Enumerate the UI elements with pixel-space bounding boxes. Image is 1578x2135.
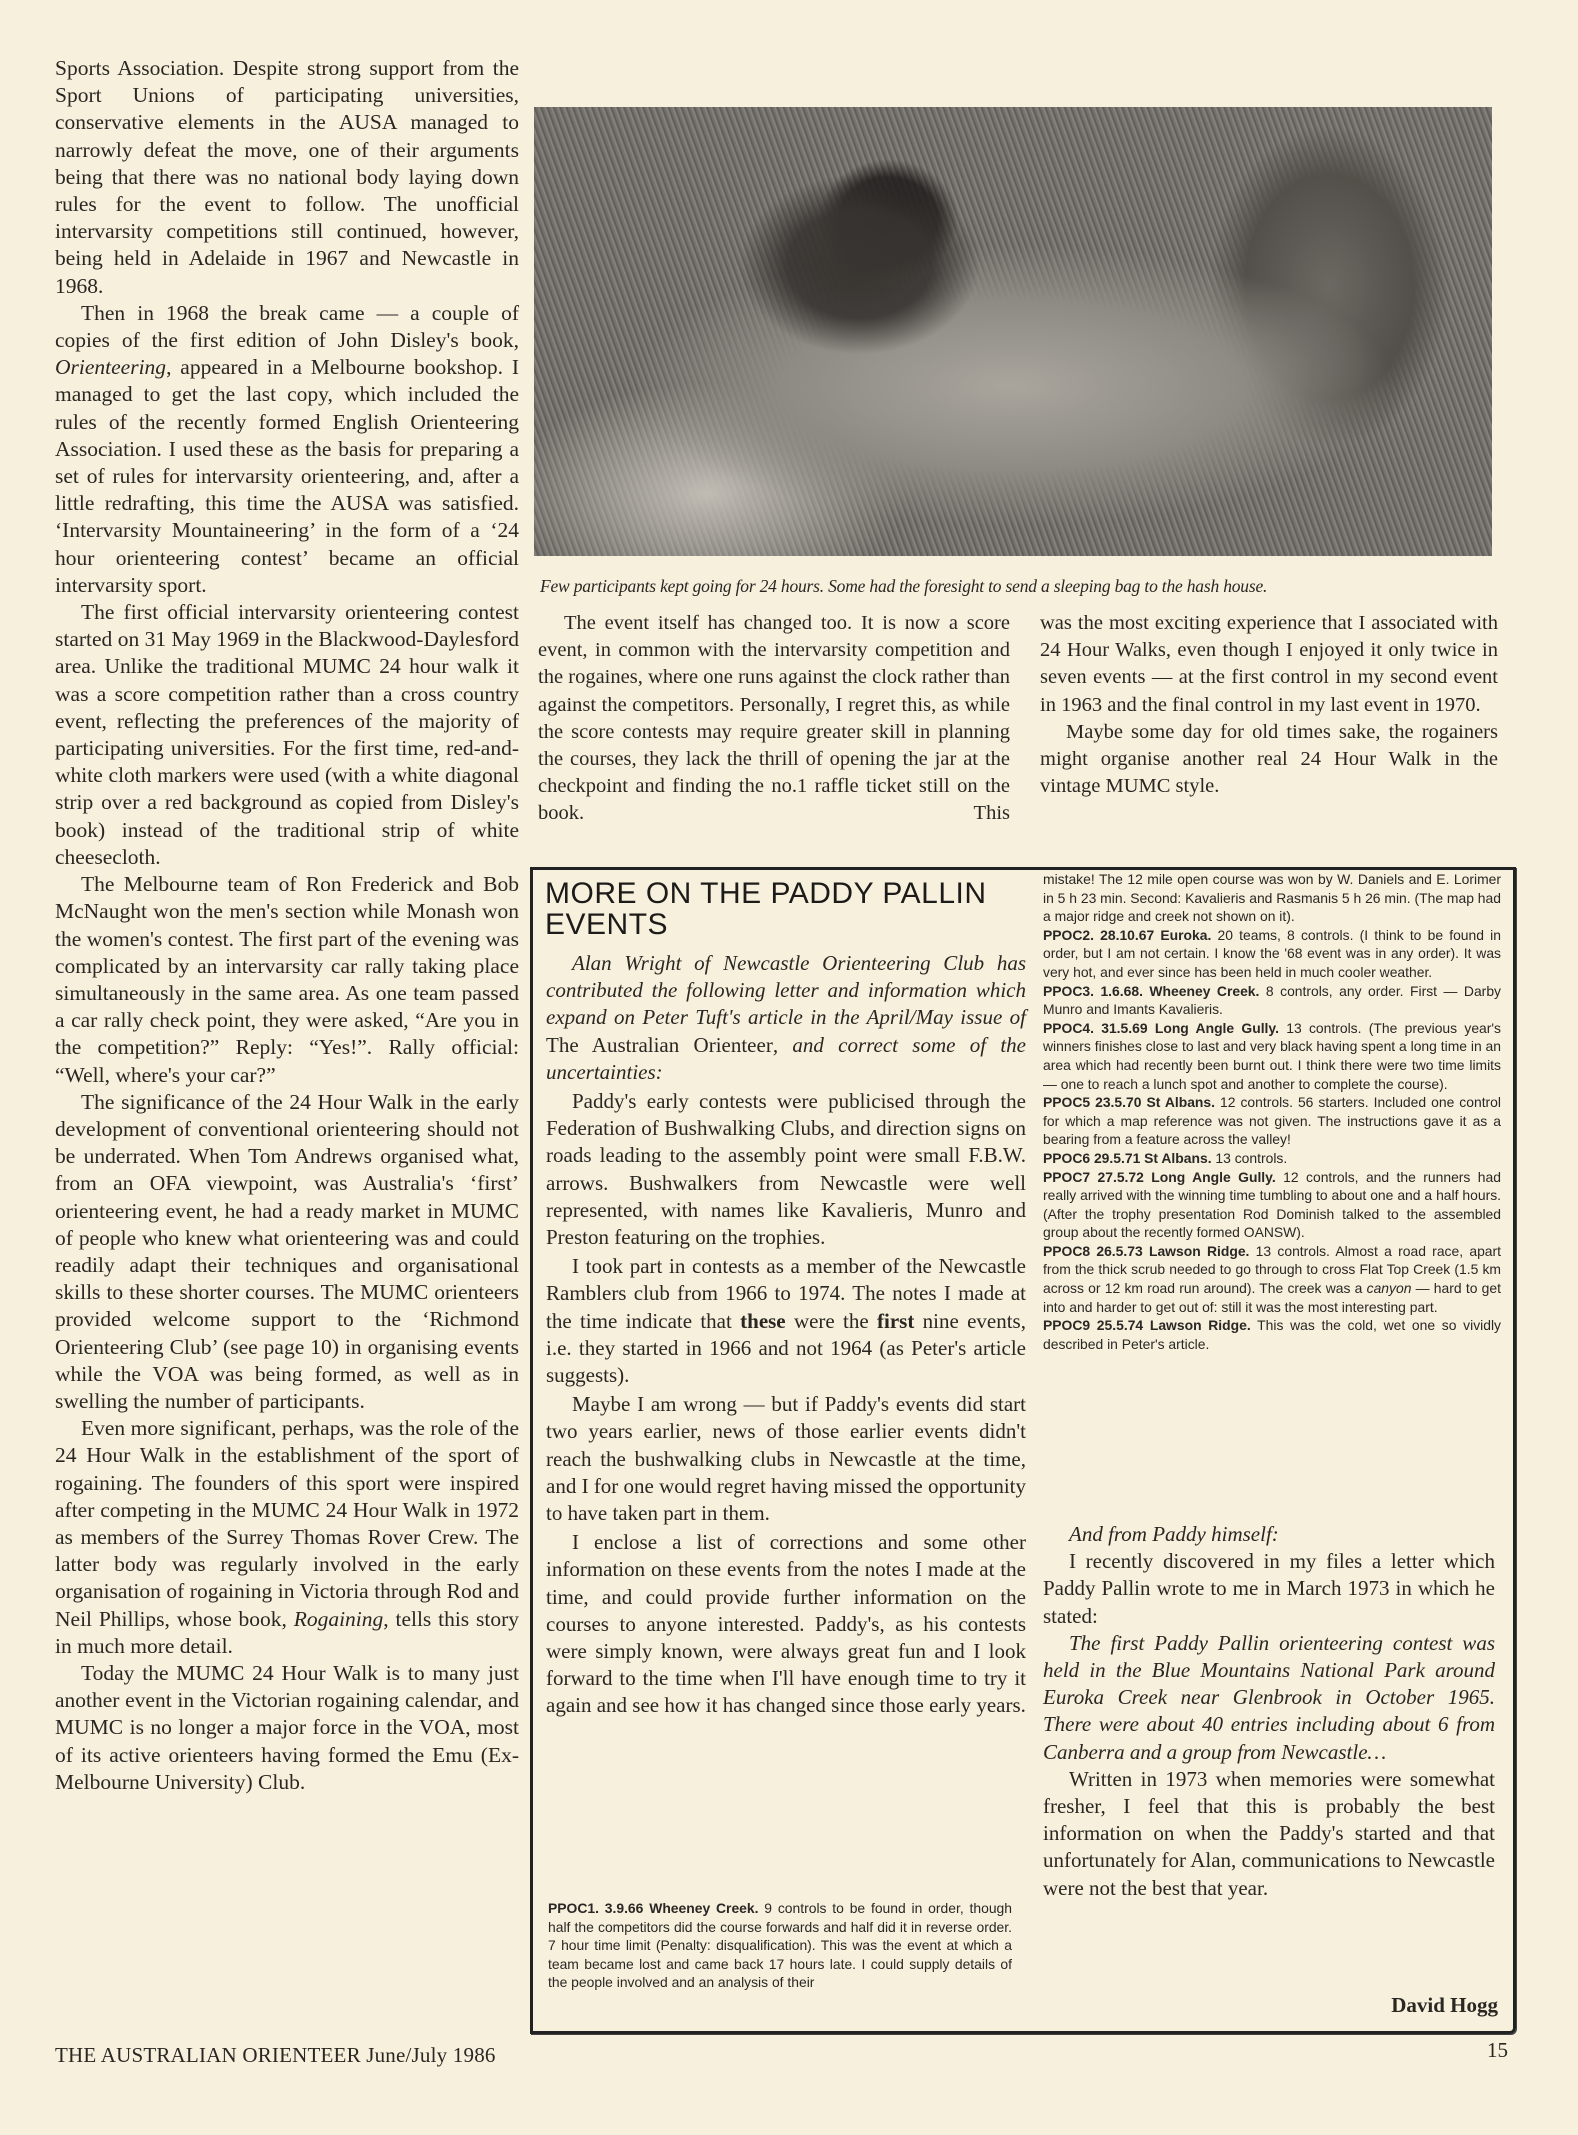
event-label: PPOC1. 3.9.66 Wheeney Creek. — [548, 1900, 758, 1916]
event-notes-part2: mistake! The 12 mile open course was won… — [1043, 870, 1501, 1353]
paragraph: The first official intervarsity orientee… — [55, 599, 519, 871]
text-run: were the — [786, 1309, 877, 1333]
box-paddy-column: And from Paddy himself: I recently disco… — [1043, 1521, 1495, 1902]
subheading: And from Paddy himself: — [1043, 1521, 1495, 1548]
event-note-ppoc5: PPOC5 23.5.70 St Albans. 12 controls. 56… — [1043, 1093, 1501, 1149]
paragraph: was the most exciting experience that I … — [1040, 610, 1498, 719]
event-note-ppoc9: PPOC9 25.5.74 Lawson Ridge. This was the… — [1043, 1316, 1501, 1353]
event-label: PPOC4. 31.5.69 Long Angle Gully. — [1043, 1020, 1279, 1036]
page-number: 15 — [1487, 2038, 1508, 2063]
event-note-ppoc7: PPOC7 27.5.72 Long Angle Gully. 12 contr… — [1043, 1168, 1501, 1242]
paragraph: Maybe I am wrong — but if Paddy's events… — [546, 1391, 1026, 1527]
paragraph: I recently discovered in my files a lett… — [1043, 1548, 1495, 1630]
event-label: PPOC5 23.5.70 St Albans. — [1043, 1094, 1215, 1110]
paragraph: Even more significant, perhaps, was the … — [55, 1415, 519, 1660]
book-title: Rogaining — [294, 1607, 384, 1631]
event-label: PPOC3. 1.6.68. Wheeney Creek. — [1043, 983, 1259, 999]
paragraph: I took part in contests as a member of t… — [546, 1253, 1026, 1389]
photo-caption: Few participants kept going for 24 hours… — [540, 576, 1540, 597]
quoted-letter: The first Paddy Pallin orienteering cont… — [1043, 1630, 1495, 1766]
paragraph: The event itself has changed too. It is … — [538, 610, 1010, 828]
paragraph: The significance of the 24 Hour Walk in … — [55, 1089, 519, 1415]
article-middle-column: The event itself has changed too. It is … — [538, 610, 1010, 828]
event-label: PPOC6 29.5.71 St Albans. — [1043, 1150, 1212, 1166]
box-title: MORE ON THE PADDY PALLIN EVENTS — [545, 878, 1015, 940]
event-note-ppoc4: PPOC4. 31.5.69 Long Angle Gully. 13 cont… — [1043, 1019, 1501, 1093]
event-note-ppoc6: PPOC6 29.5.71 St Albans. 13 controls. — [1043, 1149, 1501, 1168]
author-byline: David Hogg — [1391, 1993, 1498, 2018]
article-left-column: Sports Association. Despite strong suppo… — [55, 55, 519, 1796]
paragraph: The Melbourne team of Ron Frederick and … — [55, 871, 519, 1089]
article-right-column: was the most exciting experience that I … — [1040, 610, 1498, 800]
event-text: 13 controls. — [1212, 1150, 1288, 1166]
publication-name: The Australian Orienteer — [546, 1033, 773, 1057]
book-title: Orienteering — [55, 355, 166, 379]
event-note-ppoc2: PPOC2. 28.10.67 Euroka. 20 teams, 8 cont… — [1043, 926, 1501, 982]
event-label: PPOC9 25.5.74 Lawson Ridge. — [1043, 1317, 1251, 1333]
paragraph: Sports Association. Despite strong suppo… — [55, 55, 519, 300]
emphasis: first — [877, 1309, 914, 1333]
paragraph: I enclose a list of corrections and some… — [546, 1529, 1026, 1719]
event-note-ppoc3: PPOC3. 1.6.68. Wheeney Creek. 8 controls… — [1043, 982, 1501, 1019]
box-letter-column: Alan Wright of Newcastle Orienteering Cl… — [546, 950, 1026, 1720]
event-label: PPOC8 26.5.73 Lawson Ridge. — [1043, 1243, 1249, 1259]
paragraph: Today the MUMC 24 Hour Walk is to many j… — [55, 1660, 519, 1796]
event-note-ppoc1: PPOC1. 3.9.66 Wheeney Creek. 9 controls … — [548, 1899, 1012, 1992]
event-note-continued: mistake! The 12 mile open course was won… — [1043, 870, 1501, 926]
event-notes-part1: PPOC1. 3.9.66 Wheeney Creek. 9 controls … — [548, 1899, 1012, 1992]
paragraph: Then in 1968 the break came — a couple o… — [55, 300, 519, 599]
publication-footer: THE AUSTRALIAN ORIENTEER June/July 1986 — [55, 2043, 496, 2068]
paragraph: Written in 1973 when memories were somew… — [1043, 1766, 1495, 1902]
text-run: Alan Wright of Newcastle Orienteering Cl… — [546, 951, 1026, 1029]
emphasis: canyon — [1367, 1280, 1412, 1296]
event-label: PPOC7 27.5.72 Long Angle Gully. — [1043, 1169, 1276, 1185]
event-note-ppoc8: PPOC8 26.5.73 Lawson Ridge. 13 controls.… — [1043, 1242, 1501, 1316]
event-label: PPOC2. 28.10.67 Euroka. — [1043, 927, 1211, 943]
emphasis: these — [740, 1309, 786, 1333]
photo-sleeping-bags — [534, 107, 1492, 556]
text-run: , appeared in a Melbourne bookshop. I ma… — [55, 355, 519, 597]
intro-paragraph: Alan Wright of Newcastle Orienteering Cl… — [546, 950, 1026, 1086]
text-run: Then in 1968 the break came — a couple o… — [55, 301, 519, 352]
paragraph: Paddy's early contests were publicised t… — [546, 1088, 1026, 1251]
paragraph: Maybe some day for old times sake, the r… — [1040, 719, 1498, 801]
text-run: Even more significant, perhaps, was the … — [55, 1416, 519, 1630]
